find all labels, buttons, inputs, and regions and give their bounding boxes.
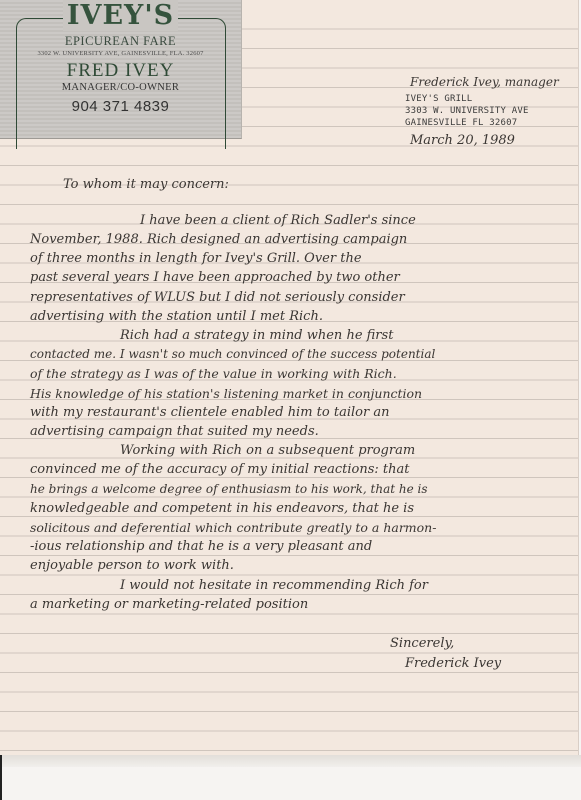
body-line: contacted me. I wasn't so much convinced… (30, 347, 435, 361)
body-line: I have been a client of Rich Sadler's si… (140, 213, 416, 228)
body-line: a marketing or marketing-related positio… (30, 597, 308, 612)
letter-date: March 20, 1989 (410, 133, 515, 148)
body-line: solicitous and deferential which contrib… (30, 520, 436, 535)
stamp-line-1: IVEY'S GRILL (405, 94, 472, 104)
header-signature: Frederick Ivey, manager (410, 75, 559, 89)
body-line: advertising campaign that suited my need… (30, 424, 319, 439)
body-line: November, 1988. Rich designed an adverti… (30, 232, 407, 247)
body-line: Working with Rich on a subsequent progra… (120, 443, 415, 458)
body-line: knowledgeable and competent in his endea… (30, 501, 414, 516)
body-line: convinced me of the accuracy of my initi… (30, 462, 410, 477)
body-line: with my restaurant's clientele enabled h… (30, 405, 389, 420)
body-line: past several years I have been approache… (30, 270, 400, 285)
body-line: I would not hesitate in recommending Ric… (120, 578, 428, 593)
body-line: Rich had a strategy in mind when he firs… (120, 328, 393, 343)
card-phone: 904 371 4839 (0, 98, 241, 115)
signature: Frederick Ivey (405, 656, 501, 671)
body-line: advertising with the station until I met… (30, 309, 323, 324)
scan-left-edge (0, 755, 2, 800)
body-line: of the strategy as I was of the value in… (30, 366, 397, 381)
business-card: IVEY'S EPICUREAN FARE 3302 W. UNIVERSITY… (0, 0, 242, 139)
card-address: 3302 W. UNIVERSITY AVE, GAINESVILLE, FLA… (0, 50, 241, 57)
closing: Sincerely, (390, 636, 454, 651)
body-line: His knowledge of his station's listening… (30, 386, 422, 401)
body-line: he brings a welcome degree of enthusiasm… (30, 482, 428, 496)
body-line: enjoyable person to work with. (30, 558, 234, 573)
body-line: of three months in length for Ivey's Gri… (30, 251, 362, 266)
card-brand: IVEY'S (0, 1, 241, 31)
card-name: FRED IVEY (0, 60, 241, 82)
scan-bottom-edge (0, 755, 581, 767)
card-title: MANAGER/CO-OWNER (0, 82, 241, 93)
card-subtitle: EPICUREAN FARE (0, 34, 241, 49)
stamp-line-3: GAINESVILLE FL 32607 (405, 118, 517, 128)
stamp-line-2: 3303 W. UNIVERSITY AVE (405, 106, 529, 116)
body-line: -ious relationship and that he is a very… (30, 539, 372, 554)
body-line: representatives of WLUS but I did not se… (30, 290, 405, 305)
salutation: To whom it may concern: (63, 177, 229, 192)
card-brand-text: IVEY'S (63, 0, 178, 31)
